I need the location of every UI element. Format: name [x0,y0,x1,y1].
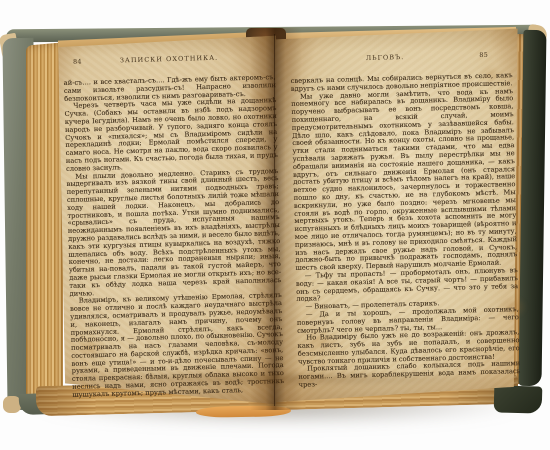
left-running-title: ЗАПИСКИ ОХОТНИКА. [120,54,219,65]
back-cover-right-edge [519,30,547,386]
right-running-title: ЛЬГОВЪ. [366,53,405,62]
gutter-crease-line [274,34,275,406]
left-page-text: 84 ЗАПИСКИ ОХОТНИКА. ай-съ.... и все хва… [63,52,284,399]
page-block-fore-edge-left [26,42,63,403]
paragraph: Мы уже давно могли замѣтить, что вода къ… [291,88,518,273]
left-page-number: 84 [73,57,82,65]
right-body-text: сверкалъ на солнцѣ. Мы собирались вернут… [291,72,521,390]
paragraph: Мы плыли довольно медленно. Старикъ съ т… [66,168,281,299]
right-page-text: ЛЬГОВЪ. 85 сверкалъ на солнцѣ. Мы собира… [290,50,521,390]
book-photo: 84 ЗАПИСКИ ОХОТНИКА. ай-съ.... и все хва… [0,0,550,450]
cover-bottom-right-edge [494,385,543,413]
right-page-number: 85 [479,51,488,59]
bottom-page-crease [60,372,500,386]
paragraph: Черезъ четверть часа мы уже сидѣли на до… [64,97,278,173]
left-body-text: ай-съ.... и все хвасталъ-съ.... Гдѣ-жъ е… [64,74,285,399]
